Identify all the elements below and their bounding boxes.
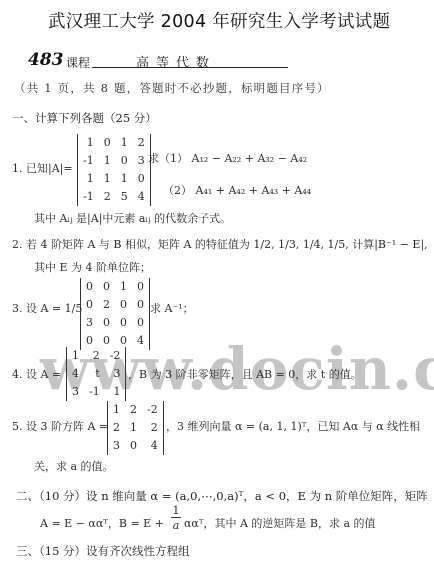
q4-matrix: 12-24t33-11	[66, 347, 126, 401]
frac-denominator: a	[171, 519, 181, 532]
q2-line1: 2. 若 4 阶矩阵 A 与 B 相似，矩阵 A 的特征值为 1/2, 1/3,…	[12, 236, 428, 252]
matrix-cell: 0	[133, 170, 151, 188]
section2-line2b: ααᵀ，其中 A 的逆矩阵是 B，求 a 的值	[184, 515, 376, 531]
q3-matrix: 0010020030000004	[80, 278, 150, 350]
matrix-cell: 1	[78, 170, 99, 188]
matrix-row: -1103	[78, 152, 151, 170]
handwritten-code: 483	[28, 50, 64, 70]
matrix-row: 12-2	[108, 401, 164, 419]
matrix-cell: 0	[132, 278, 150, 296]
matrix-cell: 0	[115, 296, 132, 314]
matrix-cell: -1	[78, 152, 99, 170]
matrix-cell: 1	[116, 134, 133, 152]
matrix-cell: 3	[67, 383, 85, 401]
matrix-cell: 2	[84, 347, 105, 365]
q1-prefix: 1. 已知|A|=	[12, 160, 73, 176]
matrix-cell: 1	[78, 134, 99, 152]
exam-note: （共 1 页，共 8 题，答题时不必抄题，标明题目序号）	[14, 80, 330, 96]
matrix-cell: 2	[99, 188, 116, 206]
q1-determinant: 1012-11031110-1254	[77, 134, 151, 206]
matrix-cell: 0	[132, 314, 150, 332]
matrix-cell: 2	[108, 419, 126, 437]
matrix-row: 4t3	[67, 365, 126, 383]
q5-ask: ，3 维列向量 α = (a, 1, 1)ᵀ，已知 Aα 与 α 线性相	[166, 418, 420, 434]
section2-line1: 二、（10 分）设 n 维向量 α = (a,0,⋯,0,a)ᵀ，a < 0，E…	[16, 488, 428, 504]
matrix-cell: 2	[142, 419, 163, 437]
matrix-row: 3000	[81, 314, 150, 332]
matrix-cell: 4	[133, 188, 151, 206]
matrix-cell: 4	[67, 365, 85, 383]
matrix-cell: -1	[84, 383, 105, 401]
matrix-row: 0200	[81, 296, 150, 314]
matrix-cell: 0	[115, 314, 132, 332]
q4-ask: ，B 为 3 阶非零矩阵，且 AB = 0，求 t 的值。	[128, 366, 362, 382]
q5-prefix: 5. 设 3 阶方阵 A =	[12, 418, 108, 434]
matrix-cell: 1	[125, 419, 142, 437]
matrix-cell: 4	[132, 332, 150, 350]
q3-ask: 求 A⁻¹；	[150, 300, 194, 316]
matrix-cell: 0	[98, 278, 115, 296]
matrix-cell: 1	[116, 170, 133, 188]
exam-title: 武汉理工大学 2004 年研究生入学考试试题	[48, 8, 390, 33]
matrix-row: -1254	[78, 188, 151, 206]
matrix-cell: 5	[116, 188, 133, 206]
matrix-cell: 1	[115, 278, 132, 296]
q1-ask2: （2） A₄₁ + A₄₂ + A₄₃ + A₄₄	[163, 182, 311, 198]
q1-footnote: 其中 Aᵢⱼ 是|A|中元素 aᵢⱼ 的代数余子式。	[34, 210, 231, 226]
matrix-cell: 0	[116, 152, 133, 170]
section1-heading: 一、计算下列各题（25 分）	[12, 110, 157, 126]
matrix-cell: 0	[81, 296, 99, 314]
matrix-cell: 0	[125, 437, 142, 455]
matrix-cell: 1	[67, 347, 85, 365]
matrix-cell: 1	[108, 401, 126, 419]
matrix-row: 3-11	[67, 383, 126, 401]
q2-line2: 其中 E 为 4 阶单位阵；	[34, 259, 151, 275]
matrix-cell: t	[84, 365, 105, 383]
course-name: 高等代数	[136, 52, 216, 71]
matrix-cell: 3	[81, 314, 99, 332]
matrix-cell: -2	[142, 401, 163, 419]
q5-matrix: 12-2212304	[107, 401, 164, 455]
matrix-cell: 0	[132, 296, 150, 314]
course-label: 课程	[66, 54, 90, 71]
matrix-cell: 1	[99, 170, 116, 188]
matrix-cell: 2	[98, 296, 115, 314]
matrix-cell: 1	[99, 152, 116, 170]
section2-line2a: A = E − ααᵀ，B = E +	[40, 515, 164, 531]
matrix-cell: 1	[105, 383, 126, 401]
section3-line1: 三、（15 分）设有齐次线性方程组	[16, 543, 190, 559]
matrix-cell: 4	[142, 437, 163, 455]
matrix-cell: 0	[99, 134, 116, 152]
matrix-row: 1012	[78, 134, 151, 152]
matrix-cell: 0	[98, 314, 115, 332]
matrix-row: 12-2	[67, 347, 126, 365]
q1-ask1: 求（1） A₁₂ − A₂₂ + A₃₂ − A₄₂	[148, 150, 307, 166]
matrix-cell: 0	[81, 278, 99, 296]
q5-line2: 关，求 a 的值。	[34, 458, 114, 474]
matrix-row: 212	[108, 419, 164, 437]
matrix-row: 304	[108, 437, 164, 455]
q3-prefix: 3. 设 A = 1/5	[12, 300, 82, 316]
matrix-cell: 2	[125, 401, 142, 419]
matrix-cell: -2	[105, 347, 126, 365]
matrix-cell: 3	[105, 365, 126, 383]
matrix-row: 0010	[81, 278, 150, 296]
frac-numerator: 1	[171, 505, 181, 518]
matrix-cell: 3	[108, 437, 126, 455]
matrix-cell: -1	[78, 188, 99, 206]
q4-prefix: 4. 设 A =	[12, 366, 61, 382]
matrix-row: 1110	[78, 170, 151, 188]
